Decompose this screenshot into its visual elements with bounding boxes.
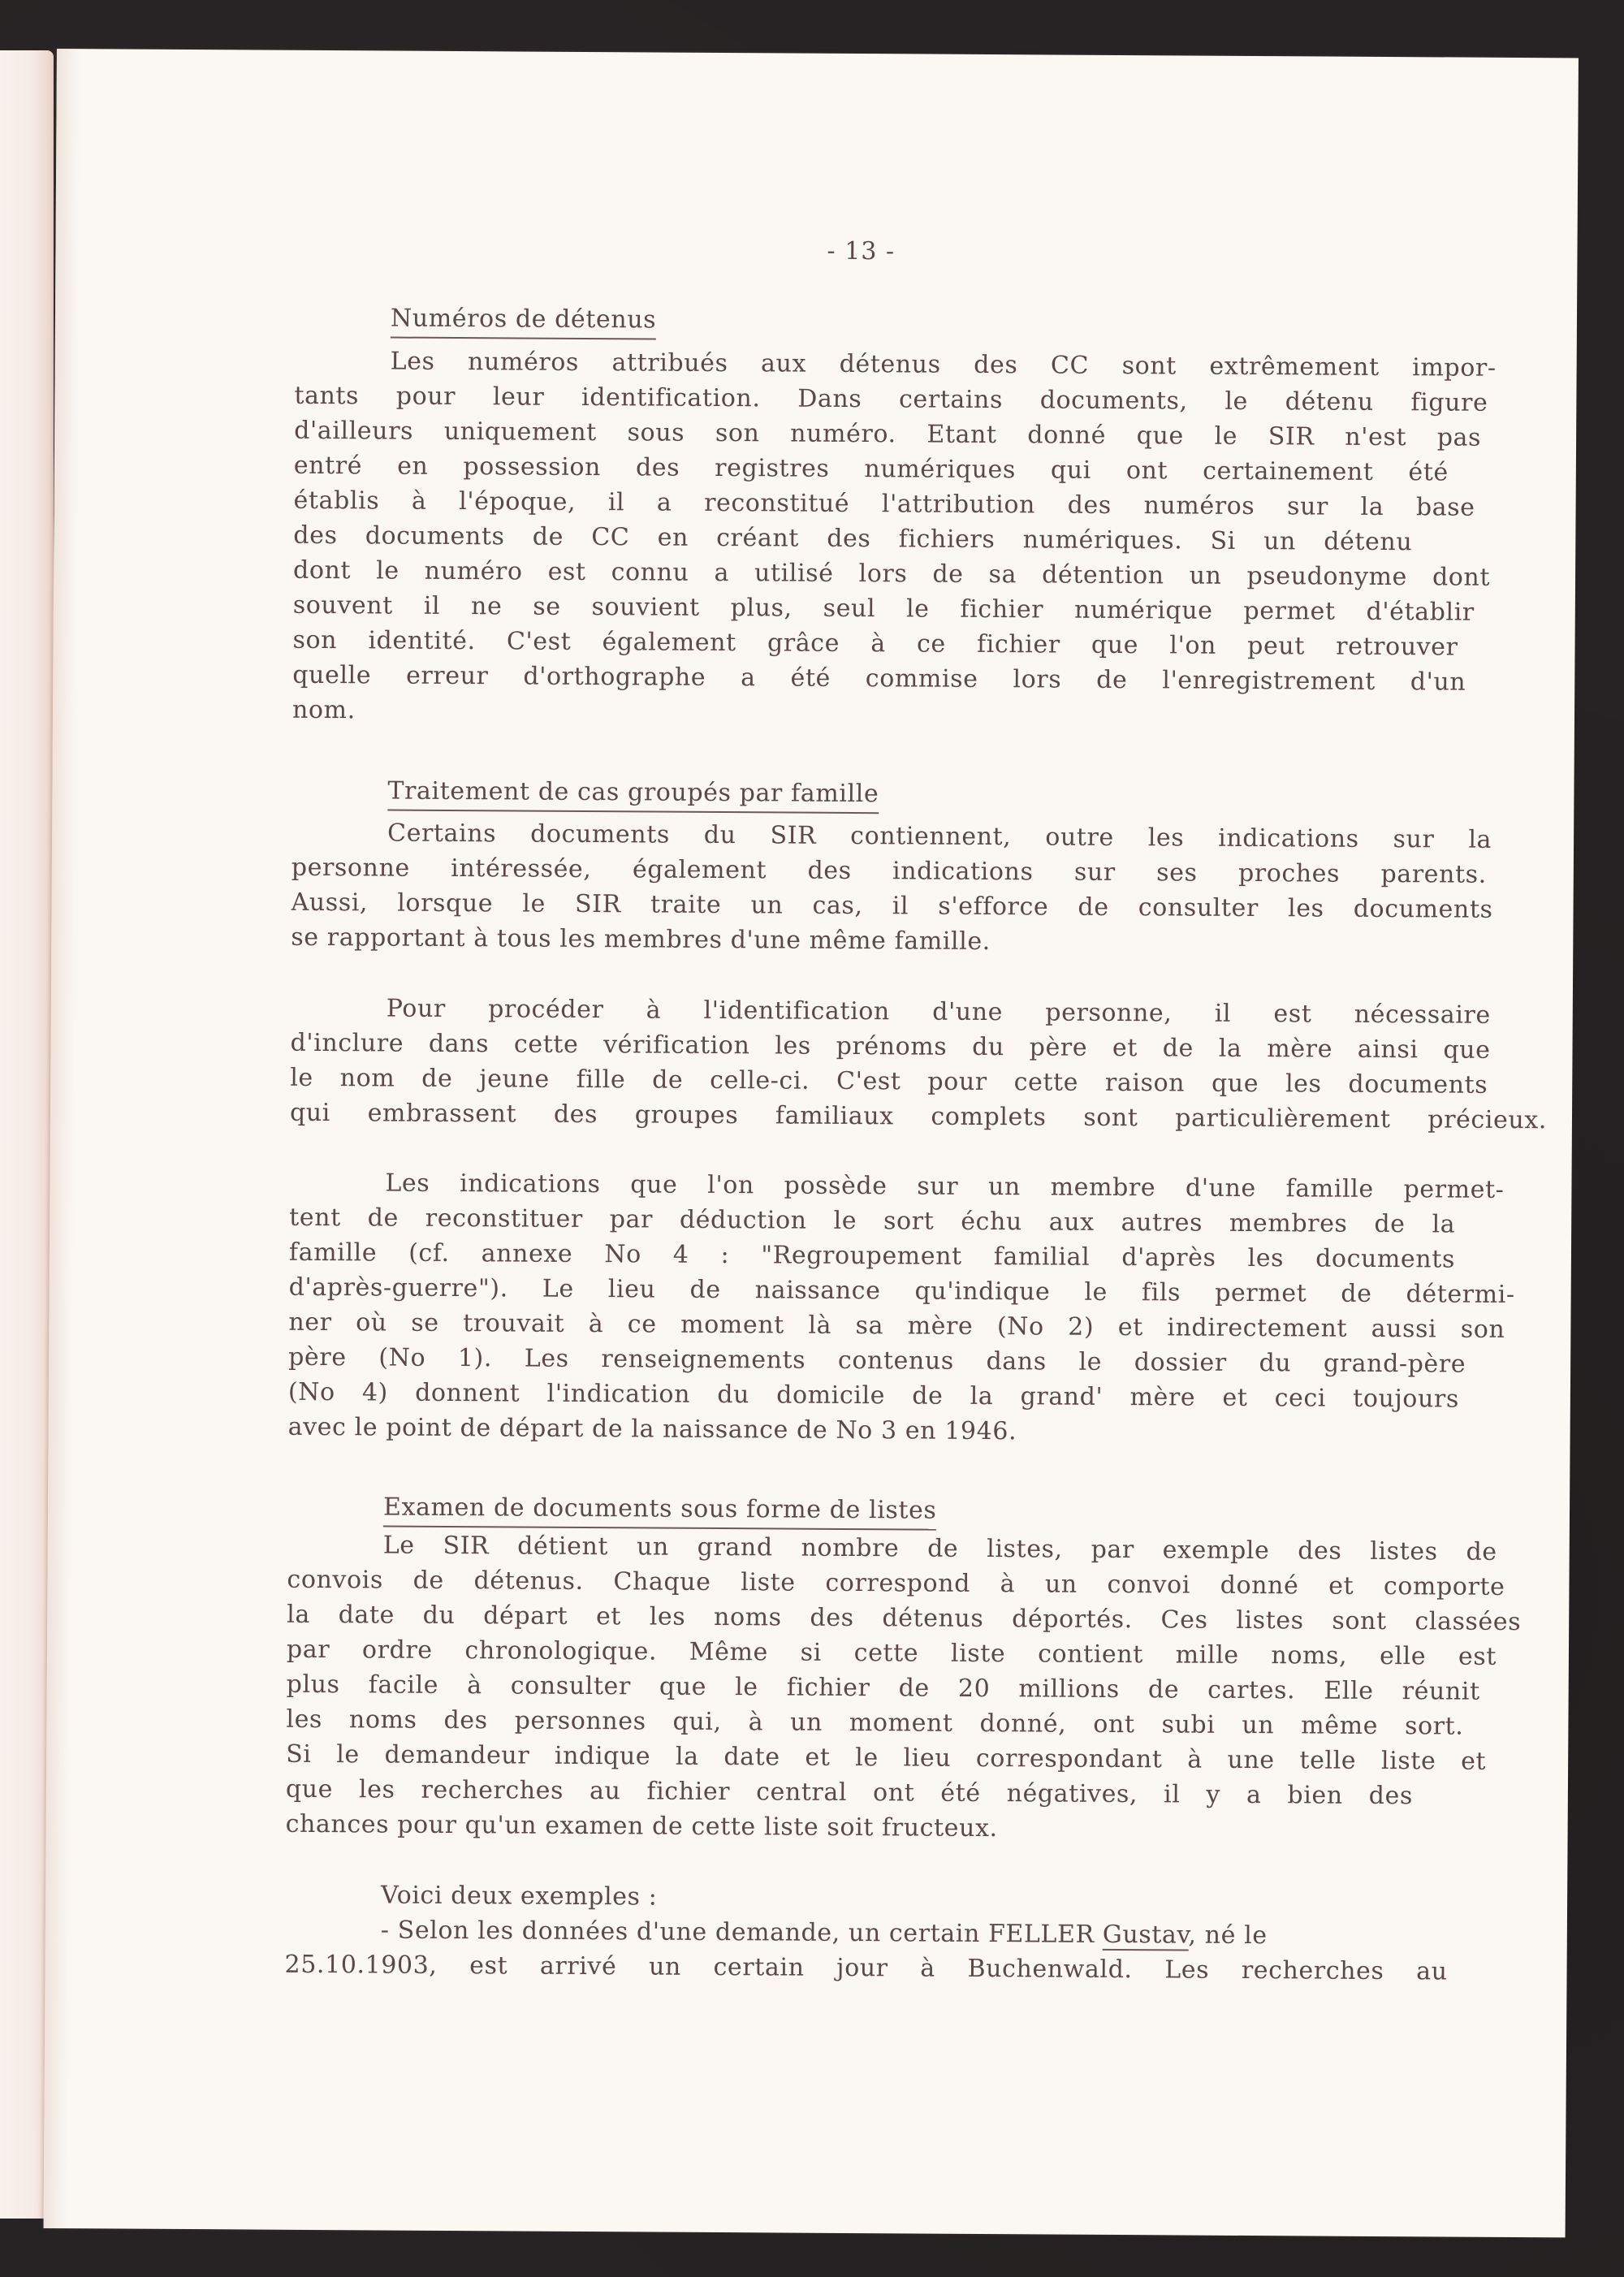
paragraph-line: se rapportant à tous les membres d'une m… bbox=[291, 923, 991, 957]
paragraph-line: nom. bbox=[292, 696, 356, 725]
example-line-2: 25.10.1903, est arrivé un certain jour à… bbox=[284, 1951, 1447, 1987]
paragraph-line: dont le numéro est connu a utilisé lors … bbox=[293, 556, 1490, 593]
paragraph-line: Le SIR détient un grand nombre de listes… bbox=[383, 1531, 1497, 1566]
paragraph-line: d'ailleurs uniquement sous son numéro. E… bbox=[294, 417, 1481, 453]
paragraph-line: son identité. C'est également grâce à ce… bbox=[292, 626, 1458, 663]
example-line-1-prefix: - Selon les données d'une demande, un ce… bbox=[381, 1916, 1103, 1948]
paragraph-line: plus facile à consulter que le fichier d… bbox=[287, 1670, 1480, 1707]
paragraph-line: quelle erreur d'orthographe a été commis… bbox=[292, 661, 1466, 698]
paragraph-line: Aussi, lorsque le SIR traite un cas, il … bbox=[291, 888, 1492, 925]
paragraph-line: Les indications que l'on possède sur un … bbox=[385, 1169, 1504, 1204]
paragraph-line: ner où se trouvait à ce moment là sa mèr… bbox=[288, 1308, 1505, 1345]
paragraph-line: avec le point de départ de la naissance … bbox=[288, 1413, 1017, 1446]
section-heading-traitement: Traitement de cas groupés par famille bbox=[387, 777, 879, 814]
paragraph-line: le nom de jeune fille de celle-ci. C'est… bbox=[290, 1064, 1488, 1100]
paragraph-line: père (No 1). Les renseignements contenus… bbox=[288, 1343, 1466, 1380]
paragraph-line: d'inclure dans cette vérification les pr… bbox=[290, 1029, 1490, 1065]
page-number: - 13 - bbox=[827, 237, 895, 267]
paragraph-line: que les recherches au fichier central on… bbox=[286, 1775, 1413, 1811]
paragraph-line: la date du départ et les noms des détenu… bbox=[287, 1601, 1521, 1637]
paragraph-line: qui embrassent des groupes familiaux com… bbox=[290, 1099, 1547, 1135]
section-heading-examen: Examen de documents sous forme de listes bbox=[383, 1493, 937, 1530]
paragraph-line: des documents de CC en créant des fichie… bbox=[293, 521, 1412, 557]
example-line-1-suffix: , né le bbox=[1188, 1921, 1267, 1951]
paragraph-line: les noms des personnes qui, à un moment … bbox=[286, 1705, 1463, 1742]
section-heading-numeros: Numéros de détenus bbox=[391, 305, 656, 340]
paragraph-line: (No 4) donnent l'indication du domicile … bbox=[288, 1378, 1459, 1415]
paragraph-line: tants pour leur identification. Dans cer… bbox=[294, 382, 1488, 418]
paragraph-line: d'après-guerre"). Le lieu de naissance q… bbox=[289, 1273, 1515, 1310]
paragraph-line: Si le demandeur indique la date et le li… bbox=[286, 1740, 1486, 1777]
paragraph-line: établis à l'époque, il a reconstitué l'a… bbox=[293, 486, 1475, 523]
paragraph-line: convois de détenus. Chaque liste corresp… bbox=[287, 1566, 1505, 1602]
paragraph-line: Pour procéder à l'identification d'une p… bbox=[387, 995, 1491, 1030]
paragraph-line: chances pour qu'un examen de cette liste… bbox=[286, 1810, 998, 1843]
paragraph-line: Les numéros attribués aux détenus des CC… bbox=[391, 348, 1497, 383]
paragraph-line: famille (cf. annexe No 4 : "Regroupement… bbox=[289, 1238, 1455, 1275]
paragraph-line: entré en possession des registres numéri… bbox=[294, 452, 1449, 488]
paragraph-line: souvent il ne se souvient plus, seul le … bbox=[293, 591, 1475, 628]
paragraph-line: Certains documents du SIR contiennent, o… bbox=[387, 819, 1492, 855]
paragraph-line: par ordre chronologique. Même si cette l… bbox=[287, 1635, 1497, 1672]
paragraph-line: Voici deux exemples : bbox=[381, 1881, 658, 1912]
example-line-1: - Selon les données d'une demande, un ce… bbox=[381, 1916, 1268, 1951]
underlined-name-gustav: Gustav bbox=[1103, 1921, 1189, 1951]
paragraph-line: personne intéressée, également des indic… bbox=[292, 853, 1487, 890]
document-page: - 13 - Numéros de détenus Les numéros at… bbox=[44, 49, 1579, 2237]
paragraph-line: tent de reconstituer par déduction le so… bbox=[289, 1203, 1455, 1240]
